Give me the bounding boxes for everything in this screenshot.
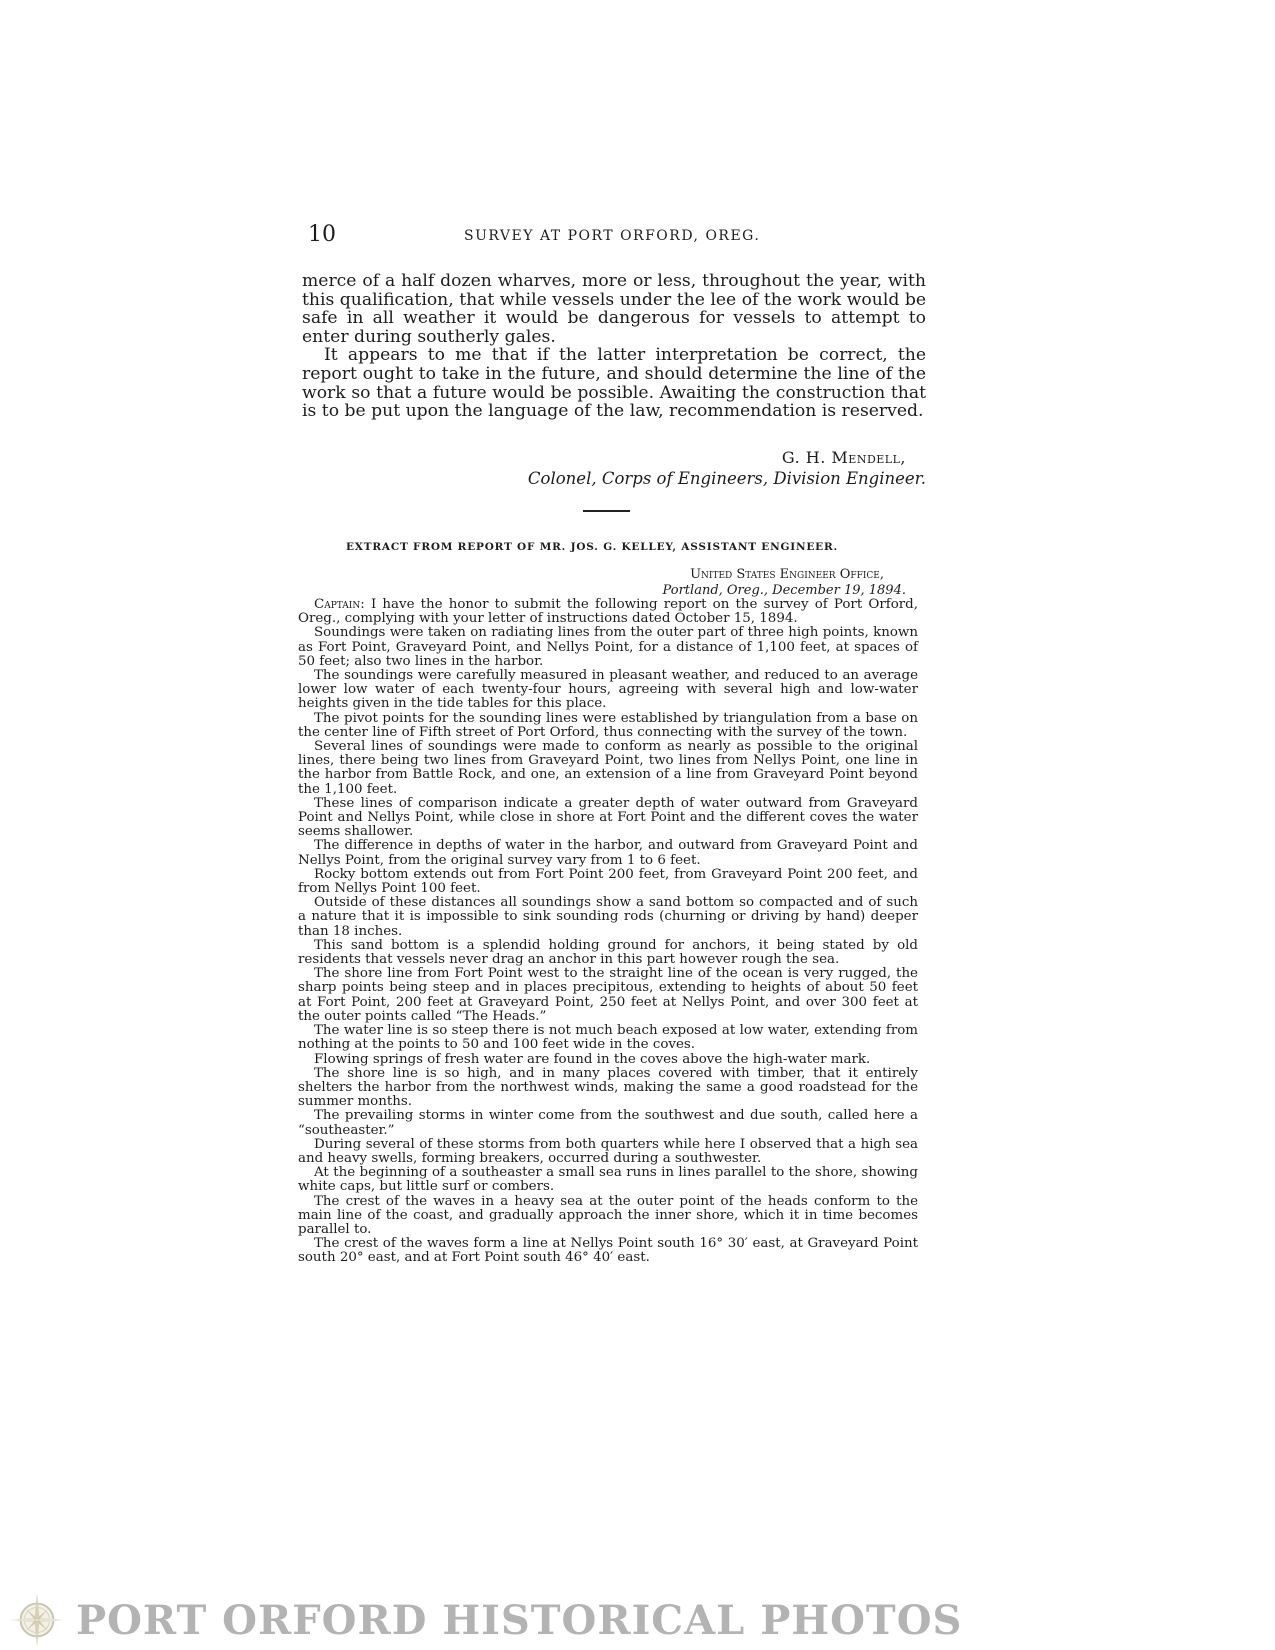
extract-paragraph: The pivot points for the sounding lines …: [298, 712, 918, 740]
extract-paragraph: The prevailing storms in winter come fro…: [298, 1109, 918, 1137]
letter-paragraph: It appears to me that if the latter inte…: [302, 346, 926, 420]
extract-paragraph: Captain: I have the honor to submit the …: [298, 598, 918, 626]
letter-paragraph: merce of a half dozen wharves, more or l…: [302, 272, 926, 346]
extract-paragraph: The water line is so steep there is not …: [298, 1024, 918, 1052]
signature-title: Colonel, Corps of Engineers, Division En…: [302, 469, 926, 488]
extract-paragraph: These lines of comparison indicate a gre…: [298, 797, 918, 840]
page-number: 10: [308, 222, 336, 247]
extract-paragraph: Soundings were taken on radiating lines …: [298, 626, 918, 669]
extract-paragraph: This sand bottom is a splendid holding g…: [298, 939, 918, 967]
section-divider: [583, 510, 630, 512]
running-head: SURVEY AT PORT ORFORD, OREG.: [464, 228, 760, 244]
extract-paragraph: During several of these storms from both…: [298, 1138, 918, 1166]
dateline: United States Engineer Office, Portland,…: [302, 567, 906, 599]
extract-paragraph: Several lines of soundings were made to …: [298, 740, 918, 797]
extract-paragraph: The shore line is so high, and in many p…: [298, 1067, 918, 1110]
extract-paragraph: The shore line from Fort Point west to t…: [298, 967, 918, 1024]
extract-paragraph: The soundings were carefully measured in…: [298, 669, 918, 712]
extract-paragraph: The crest of the waves in a heavy sea at…: [298, 1195, 918, 1238]
extract-paragraph: At the beginning of a southeaster a smal…: [298, 1166, 918, 1194]
extract-paragraph: Outside of these distances all soundings…: [298, 896, 918, 939]
salutation: Captain:: [314, 597, 365, 612]
extract-body: Captain: I have the honor to submit the …: [298, 598, 918, 1266]
page-header: 10 SURVEY AT PORT ORFORD, OREG.: [308, 222, 928, 252]
office-name: United States Engineer Office,: [302, 567, 906, 583]
extract-paragraph: Flowing springs of fresh water are found…: [298, 1053, 918, 1067]
watermark: PORT ORFORD HISTORICAL PHOTOS: [8, 1590, 968, 1650]
paragraph-text: I have the honor to submit the following…: [298, 597, 918, 626]
letter-body: merce of a half dozen wharves, more or l…: [302, 272, 926, 421]
extract-heading: EXTRACT FROM REPORT OF MR. JOS. G. KELLE…: [346, 541, 838, 553]
signature-name: G. H. Mendell,: [302, 448, 926, 467]
extract-paragraph: The crest of the waves form a line at Ne…: [298, 1237, 918, 1265]
extract-paragraph: Rocky bottom extends out from Fort Point…: [298, 868, 918, 896]
signature-block: G. H. Mendell, Colonel, Corps of Enginee…: [302, 448, 926, 488]
watermark-text: PORT ORFORD HISTORICAL PHOTOS: [76, 1597, 962, 1644]
compass-rose-icon: [8, 1591, 66, 1649]
extract-paragraph: The difference in depths of water in the…: [298, 839, 918, 867]
